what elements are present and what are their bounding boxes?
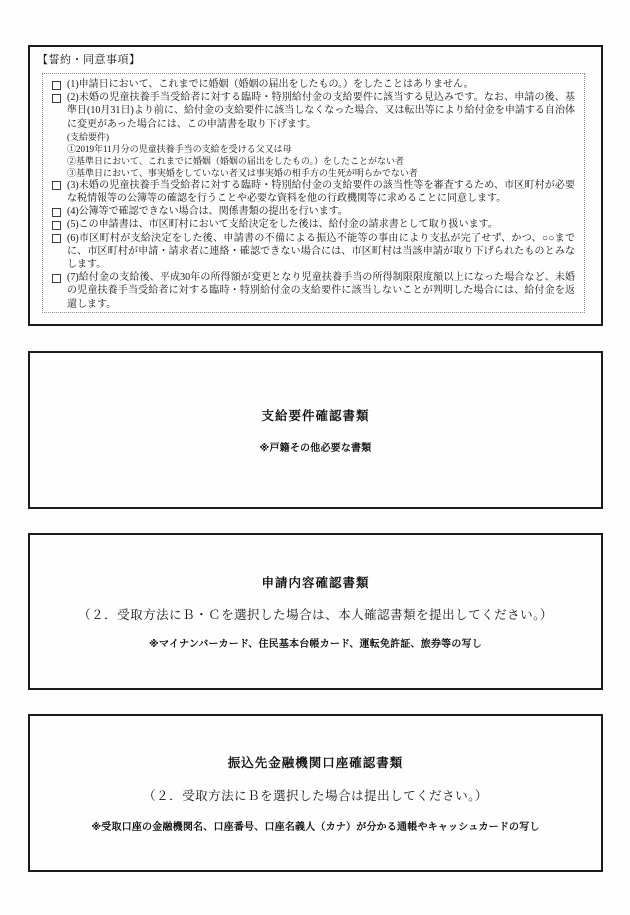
supply-requirement-heading: (支給要件)	[67, 131, 575, 143]
application-content-docs-condition: （２．受取方法にＢ・Ｃを選択した場合は、本人確認書類を提出してください。）	[30, 605, 601, 623]
agreement-item-2-text: (2)未婚の児童扶養手当受給者に対する臨時・特別給付金の支給要件に該当する見込み…	[67, 91, 575, 179]
application-content-docs-title: 申請内容確認書類	[30, 573, 601, 591]
agreement-item-2-main: (2)未婚の児童扶養手当受給者に対する臨時・特別給付金の支給要件に該当する見込み…	[67, 92, 575, 129]
agreement-item-1: (1)申請日において、これまでに婚姻（婚姻の届出をしたもの。）をしたことはありま…	[52, 78, 575, 91]
agreement-section: 【誓約・同意事項】 (1)申請日において、これまでに婚姻（婚姻の届出をしたもの。…	[28, 45, 603, 326]
bank-account-docs-condition: （２．受取方法にＢを選択した場合は提出してください。）	[30, 786, 601, 804]
application-content-docs-note: ※マイナンバーカード、住民基本台帳カード、運転免許証、旅券等の写し	[30, 635, 601, 650]
section-supply-requirement-docs: 支給要件確認書類 ※戸籍その他必要な書類	[28, 351, 603, 509]
agreement-checkbox-5[interactable]	[52, 221, 61, 230]
agreement-item-3: (3)未婚の児童扶養手当受給者に対する臨時・特別給付金の支給要件の該当性等を審査…	[52, 179, 575, 205]
agreement-item-2: (2)未婚の児童扶養手当受給者に対する臨時・特別給付金の支給要件に該当する見込み…	[52, 91, 575, 179]
agreement-section-title: 【誓約・同意事項】	[37, 51, 141, 67]
agreement-checkbox-3[interactable]	[52, 181, 61, 190]
agreement-checkbox-6[interactable]	[52, 234, 61, 243]
agreement-item-6: (6)市区町村が支給決定をした後、申請書の不備による振込不能等の事由により支払が…	[52, 232, 575, 272]
agreement-item-2-subitems: (支給要件) ①2019年11月分の児童扶養手当の支給を受ける父又は母 ②基準日…	[67, 131, 575, 179]
supply-requirement-3: ③基準日において、事実婚をしていない者又は事実婚の相手方の生死が明らかでない者	[67, 167, 575, 179]
agreement-item-4-text: (4)公簿等で確認できない場合は、関係書類の提出を行います。	[67, 205, 575, 218]
bank-account-docs-note: ※受取口座の金融機関名、口座番号、口座名義人（カナ）が分かる通帳やキャッシュカー…	[30, 818, 601, 833]
agreement-checkbox-4[interactable]	[52, 208, 61, 217]
agreement-item-3-text: (3)未婚の児童扶養手当受給者に対する臨時・特別給付金の支給要件の該当性等を審査…	[67, 179, 575, 205]
bank-account-docs-title: 振込先金融機関口座確認書類	[30, 753, 601, 771]
section-application-content-docs: 申請内容確認書類 （２．受取方法にＢ・Ｃを選択した場合は、本人確認書類を提出して…	[28, 533, 603, 690]
supply-requirement-2: ②基準日において、これまでに婚姻（婚姻の届出をしたもの。）をしたことがない者	[67, 155, 575, 167]
agreement-item-5: (5)この申請書は、市区町村において支給決定をした後は、給付金の請求書として取り…	[52, 218, 575, 231]
supply-requirement-1: ①2019年11月分の児童扶養手当の支給を受ける父又は母	[67, 143, 575, 155]
agreement-item-6-text: (6)市区町村が支給決定をした後、申請書の不備による振込不能等の事由により支払が…	[67, 232, 575, 272]
agreement-item-4: (4)公簿等で確認できない場合は、関係書類の提出を行います。	[52, 205, 575, 218]
agreement-checkbox-1[interactable]	[52, 81, 61, 90]
agreement-item-7-text: (7)給付金の支給後、平成30年の所得額が変更となり児童扶養手当の所得制限限度額…	[67, 271, 575, 311]
agreement-item-1-text: (1)申請日において、これまでに婚姻（婚姻の届出をしたもの。）をしたことはありま…	[67, 78, 575, 91]
agreement-item-5-text: (5)この申請書は、市区町村において支給決定をした後は、給付金の請求書として取り…	[67, 218, 575, 231]
supply-requirement-docs-note: ※戸籍その他必要な書類	[30, 439, 601, 454]
supply-requirement-docs-title: 支給要件確認書類	[30, 406, 601, 424]
agreement-checkbox-2[interactable]	[52, 94, 61, 103]
section-bank-account-docs: 振込先金融機関口座確認書類 （２．受取方法にＢを選択した場合は提出してください。…	[28, 714, 603, 872]
agreement-item-7: (7)給付金の支給後、平成30年の所得額が変更となり児童扶養手当の所得制限限度額…	[52, 271, 575, 311]
agreement-checkbox-7[interactable]	[52, 274, 61, 283]
agreement-list: (1)申請日において、これまでに婚姻（婚姻の届出をしたもの。）をしたことはありま…	[42, 73, 585, 313]
application-form-page: 【誓約・同意事項】 (1)申請日において、これまでに婚姻（婚姻の届出をしたもの。…	[0, 0, 630, 915]
